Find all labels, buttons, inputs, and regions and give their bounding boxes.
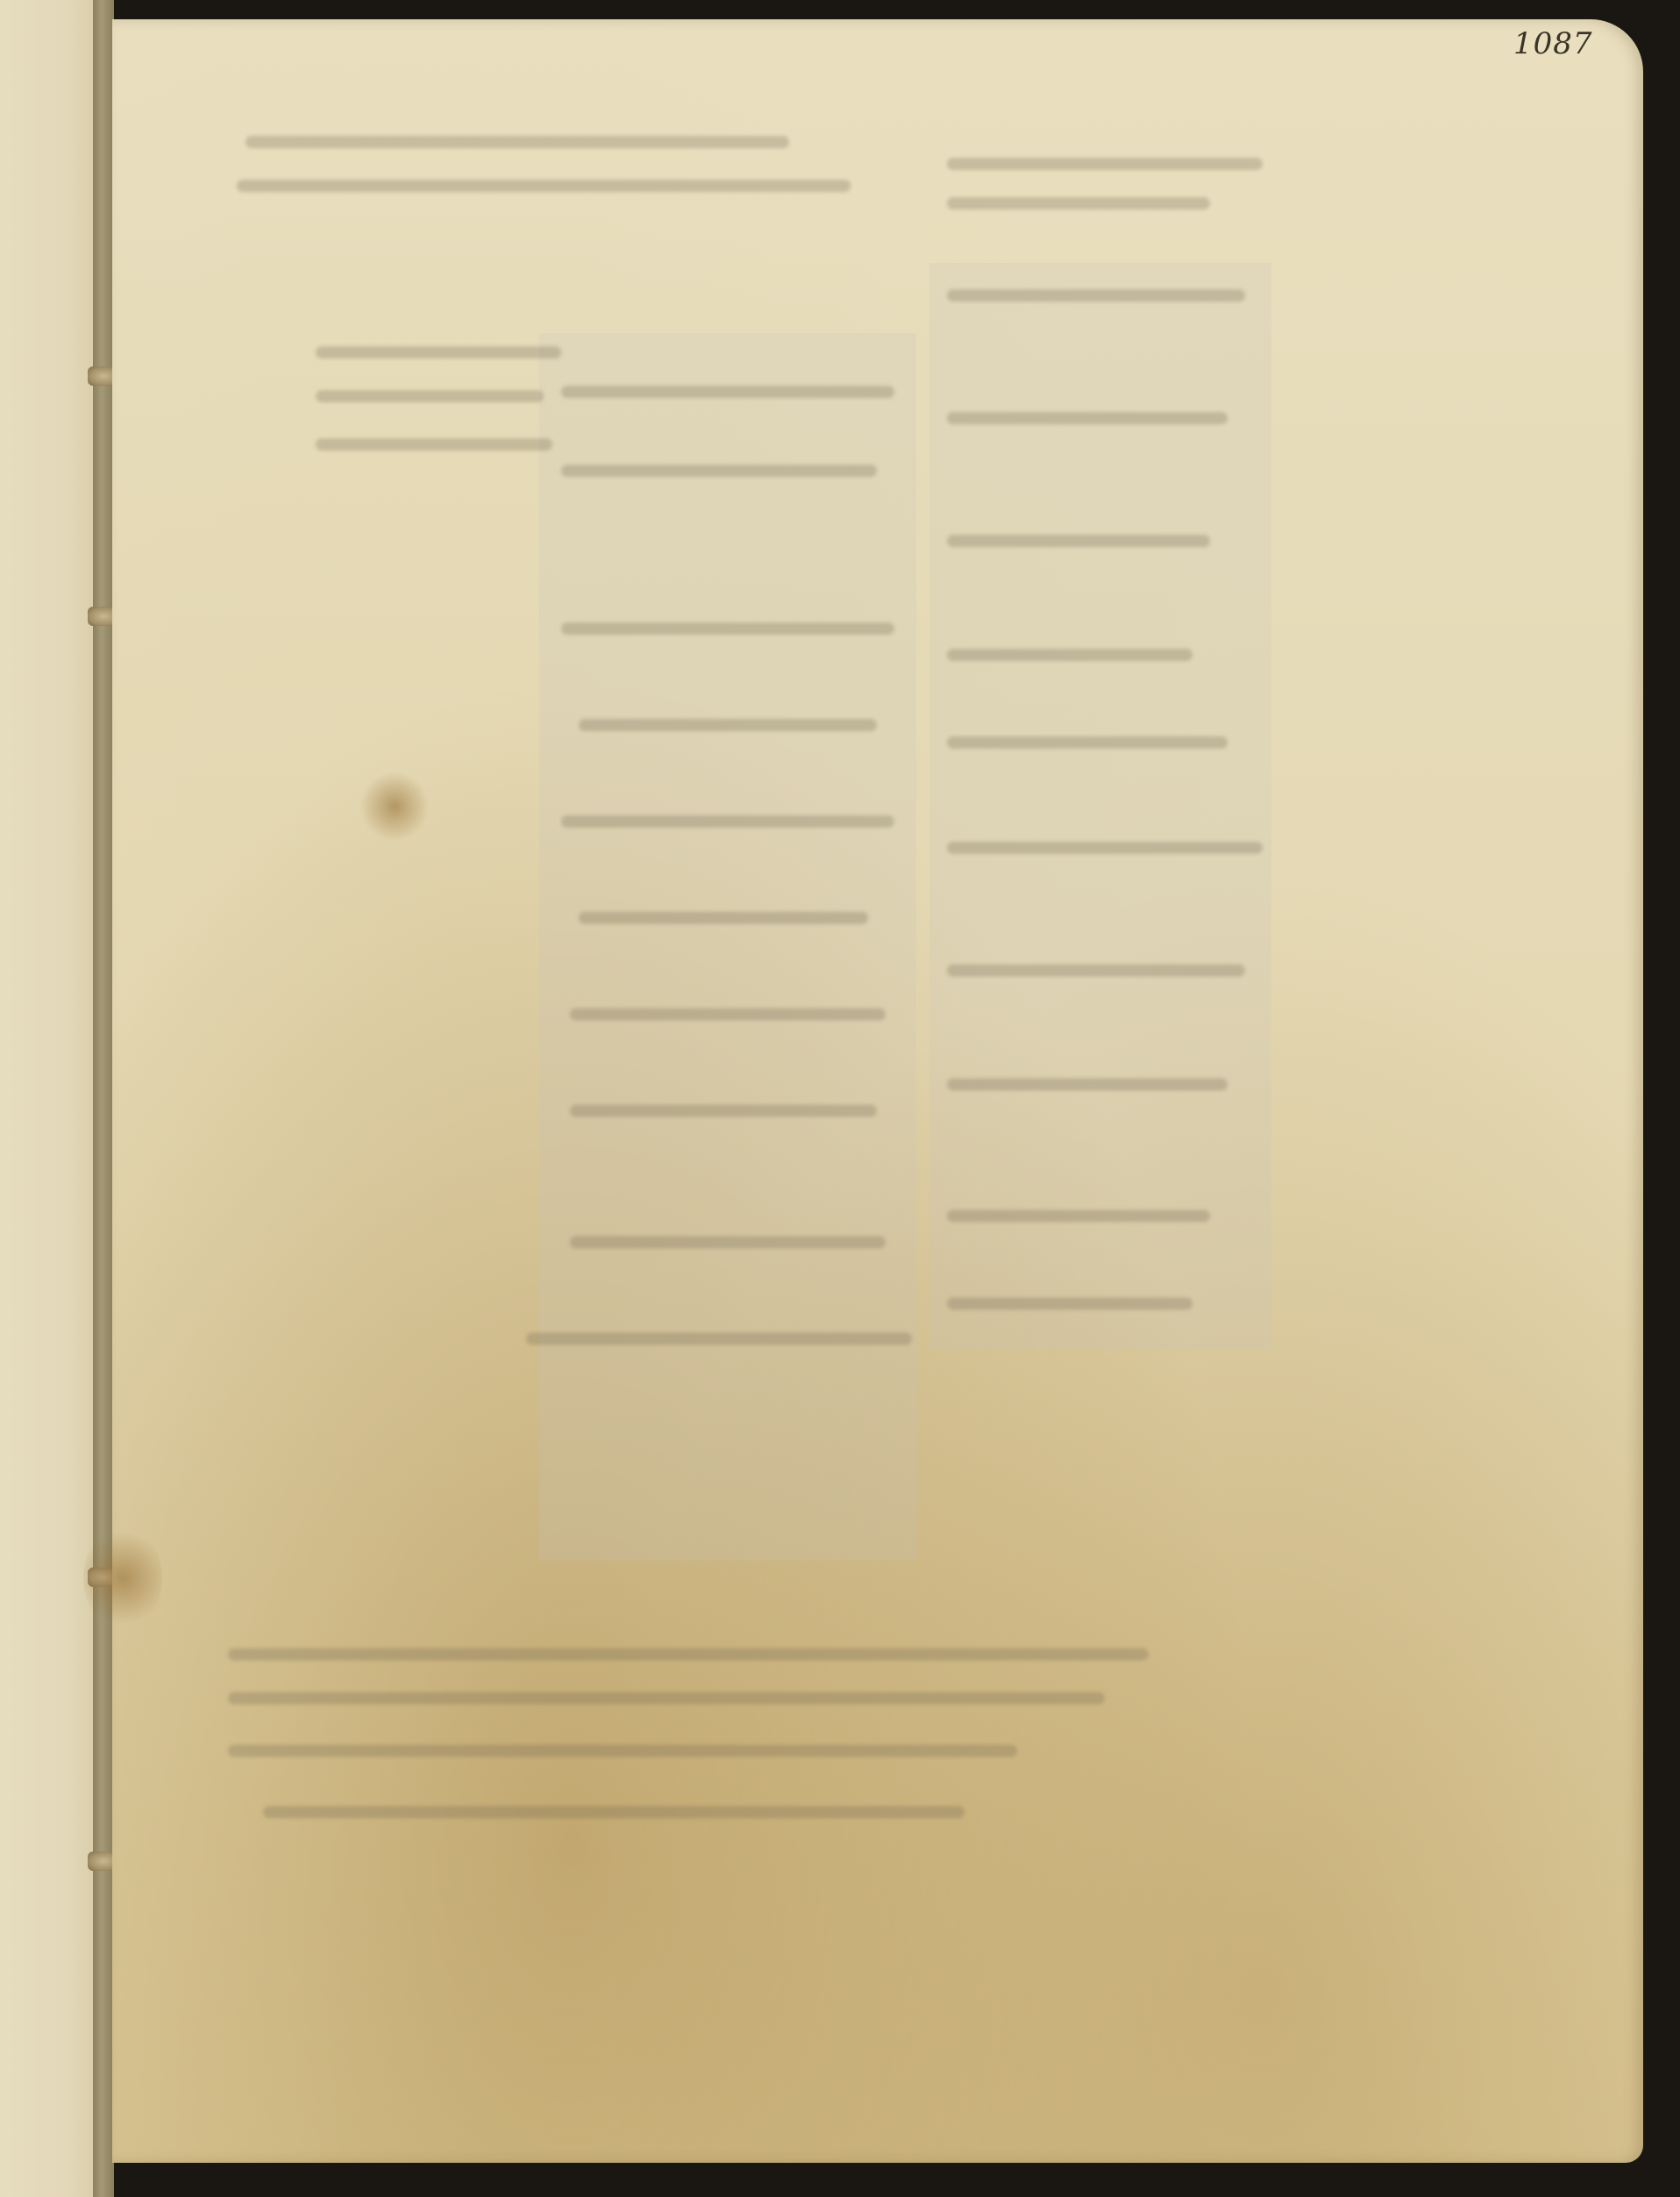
ghost-text-line xyxy=(947,1210,1210,1222)
ghost-text-line xyxy=(316,438,552,451)
ghost-text-line xyxy=(263,1806,965,1818)
ghost-text-line xyxy=(947,1078,1228,1091)
ghost-text-line xyxy=(570,1236,886,1248)
ghost-text-line xyxy=(947,412,1228,424)
ghost-text-line xyxy=(570,1008,886,1020)
ghost-text-line xyxy=(947,736,1228,749)
ghost-text-line xyxy=(947,289,1245,302)
ghost-text-line xyxy=(246,136,789,148)
ghost-text-line xyxy=(947,649,1192,661)
ghost-text-line xyxy=(237,180,851,192)
bleed-through-column xyxy=(929,263,1271,1350)
folio-number: 1087 xyxy=(1513,26,1593,61)
left-page-edge xyxy=(0,0,98,2197)
ghost-text-line xyxy=(579,912,868,924)
ghost-text-line xyxy=(947,842,1263,854)
ghost-text-line xyxy=(316,346,561,359)
ghost-text-line xyxy=(561,386,894,398)
ghost-text-line xyxy=(228,1745,1017,1757)
ghost-text-line xyxy=(561,465,877,477)
ghost-text-line xyxy=(570,1105,877,1117)
ghost-text-line xyxy=(561,622,894,635)
ghost-text-line xyxy=(947,964,1245,977)
ghost-text-line xyxy=(947,197,1210,210)
ghost-text-line xyxy=(579,719,877,731)
ghost-text-line xyxy=(947,535,1210,547)
ghost-text-line xyxy=(561,815,894,828)
ghost-text-line xyxy=(526,1333,912,1345)
bleed-through-column xyxy=(539,333,916,1561)
stain-spot xyxy=(83,1525,162,1631)
manuscript-scan: 1087 xyxy=(0,0,1680,2197)
ghost-text-line xyxy=(947,1298,1192,1310)
ghost-text-line xyxy=(947,158,1263,170)
ghost-text-line xyxy=(228,1648,1149,1660)
ghost-text-line xyxy=(228,1692,1105,1704)
stain-spot xyxy=(359,771,430,842)
ghost-text-line xyxy=(316,390,544,402)
